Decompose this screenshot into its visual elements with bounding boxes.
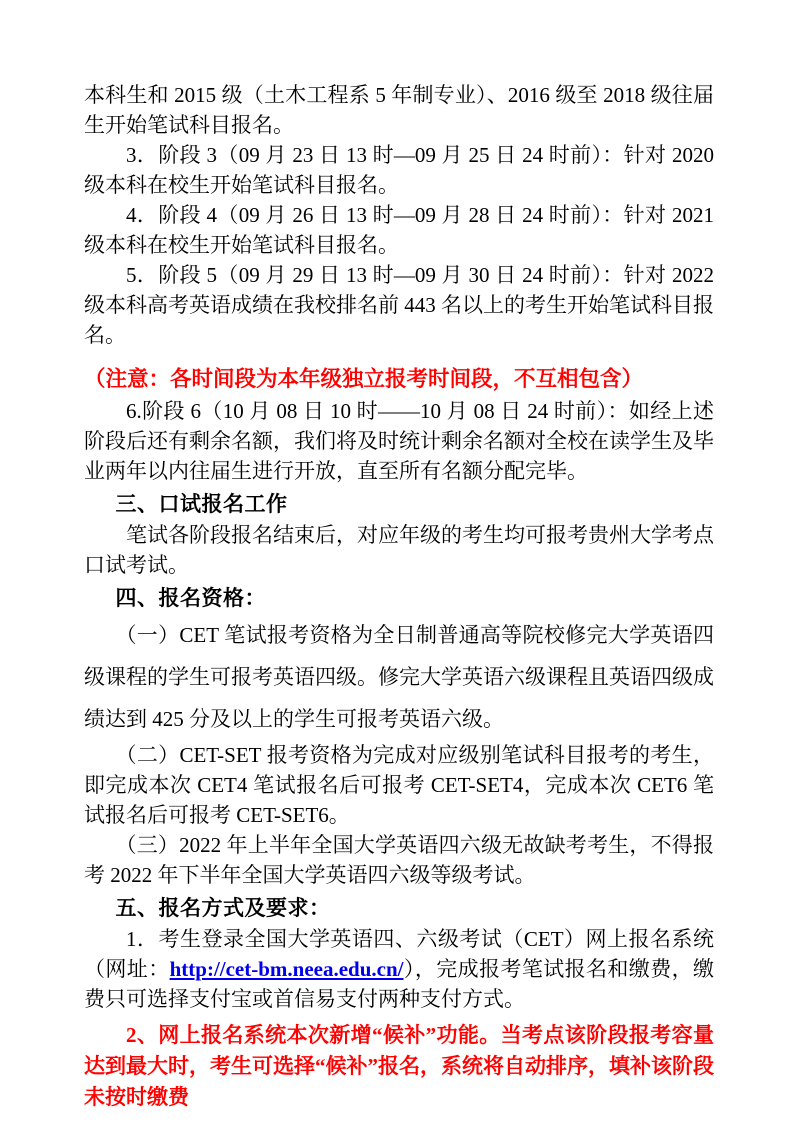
para-stage-6: 6.阶段 6（10 月 08 日 10 时——10 月 08 日 24 时前）：… xyxy=(84,396,714,486)
para-oral-registration: 笔试各阶段报名结束后，对应年级的考生均可报考贵州大学考点口试考试。 xyxy=(84,520,714,580)
heading-section-5-method: 五、报名方式及要求： xyxy=(84,894,714,924)
para-qualification-2: （二）CET-SET 报考资格为完成对应级别笔试科目报考的考生，即完成本次 CE… xyxy=(84,740,714,830)
heading-section-3-oral-registration: 三、口试报名工作 xyxy=(84,490,714,520)
para-stage-3: 3．阶段 3（09 月 23 日 13 时—09 月 25 日 24 时前）：针… xyxy=(84,140,714,200)
para-qualification-3: （三）2022 年上半年全国大学英语四六级无故缺考考生，不得报考 2022 年下… xyxy=(84,830,714,890)
para-prev-page-continuation: 本科生和 2015 级（土木工程系 5 年制专业）、2016 级至 2018 级… xyxy=(84,80,714,140)
para-stage-5: 5．阶段 5（09 月 29 日 13 时—09 月 30 日 24 时前）：针… xyxy=(84,260,714,350)
page-content: 本科生和 2015 级（土木工程系 5 年制专业）、2016 级至 2018 级… xyxy=(84,80,714,1113)
para-qualification-1: （一）CET 笔试报考资格为全日制普通高等院校修完大学英语四级课程的学生可报考英… xyxy=(84,614,714,740)
para-method-1: 1．考生登录全国大学英语四、六级考试（CET）网上报名系统（网址：http://… xyxy=(84,924,714,1014)
cet-registration-link[interactable]: http://cet-bm.neea.edu.cn/ xyxy=(170,957,404,981)
heading-section-4-qualification: 四、报名资格： xyxy=(84,584,714,614)
document-page: 本科生和 2015 级（土木工程系 5 年制专业）、2016 级至 2018 级… xyxy=(0,0,793,1122)
para-method-2-waitlist: 2、网上报名系统本次新增“候补”功能。当考点该阶段报考容量达到最大时，考生可选择… xyxy=(84,1020,714,1113)
para-stage-4: 4．阶段 4（09 月 26 日 13 时—09 月 28 日 24 时前）：针… xyxy=(84,200,714,260)
notice-independent-timeslots: （注意：各时间段为本年级独立报考时间段，不互相包含） xyxy=(84,362,714,396)
